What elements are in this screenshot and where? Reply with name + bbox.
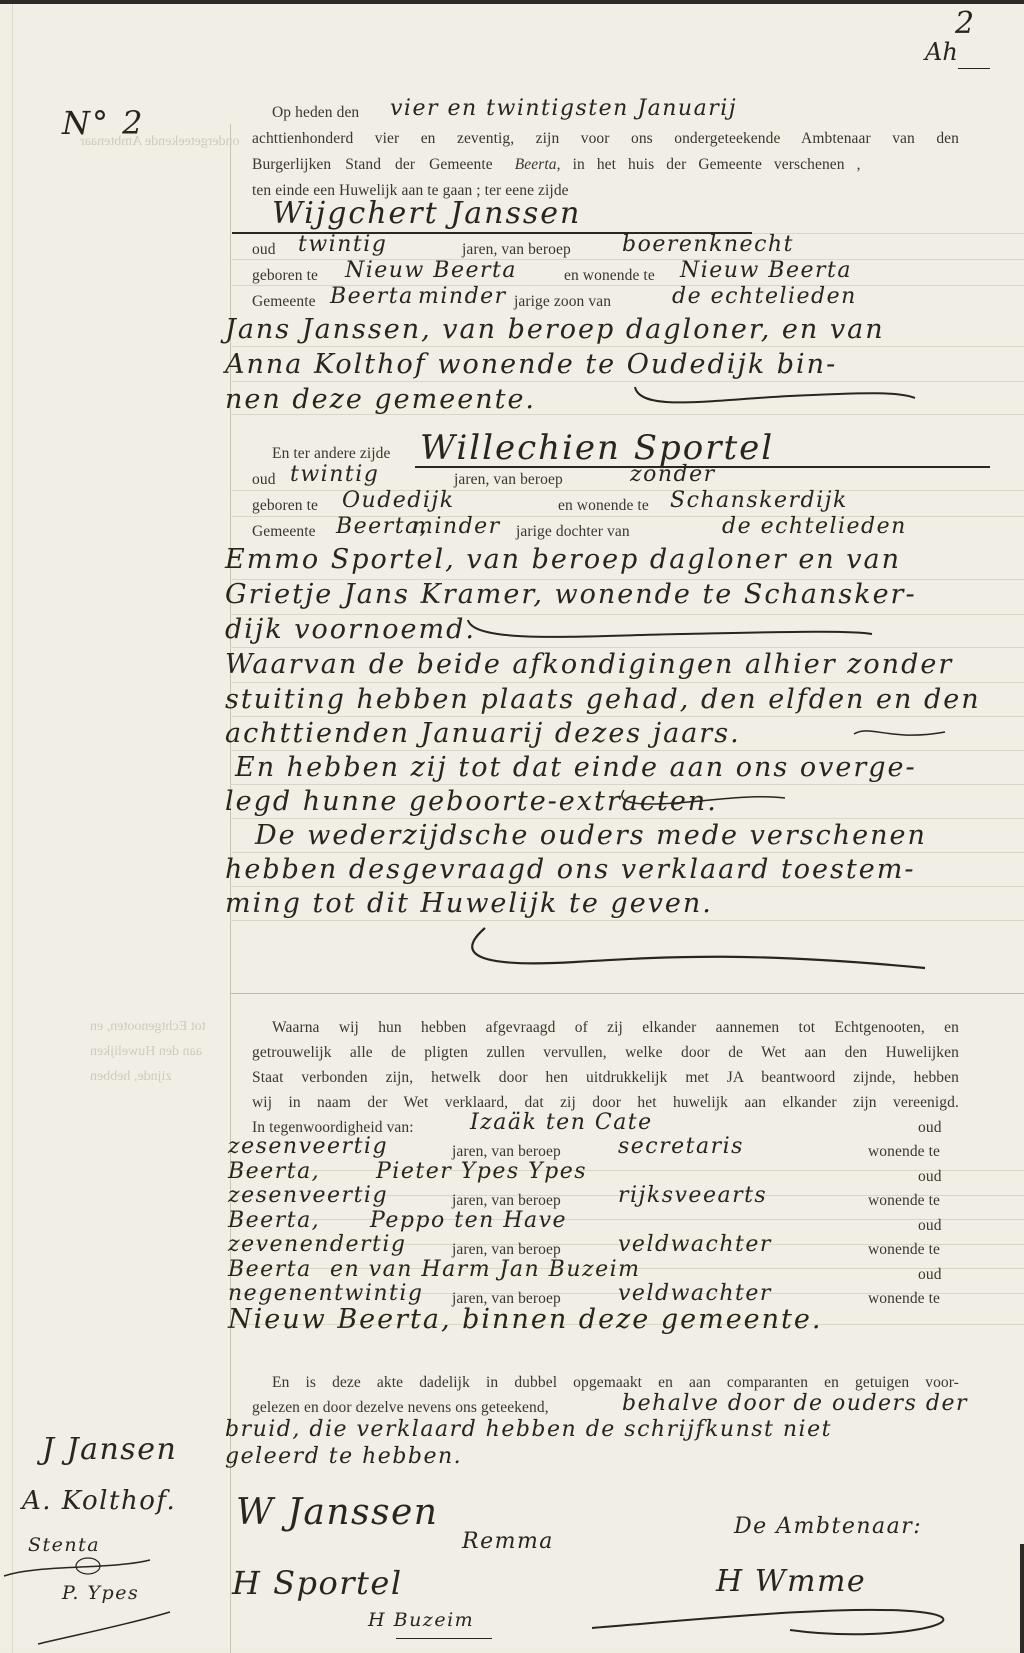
page-edge-dark bbox=[1020, 1544, 1024, 1649]
declaration-line: getrouwelijk alle de pligten zullen verv… bbox=[252, 1044, 959, 1062]
bleed-through-text: tot Echtgenooten, en bbox=[90, 1019, 205, 1035]
signature: H Sportel bbox=[232, 1564, 403, 1602]
label-age: oud bbox=[918, 1119, 942, 1137]
witness-occupation: secretaris bbox=[618, 1134, 744, 1159]
witness-name: Peppo ten Have bbox=[370, 1208, 567, 1233]
groom-name: Wijgchert Janssen bbox=[272, 196, 581, 231]
remark-line: ming tot dit Huwelijk te geven. bbox=[225, 888, 713, 919]
declaration-line: Staat verbonden zijn, hetwelk door hen u… bbox=[252, 1069, 959, 1087]
intro-text: , in het huis der Gemeente verschenen , bbox=[557, 156, 861, 174]
intro-print: Op heden den bbox=[272, 104, 359, 122]
groom-minor: minder bbox=[418, 284, 507, 309]
groom-occupation: boerenknecht bbox=[622, 232, 794, 257]
bride-parents-line: Grietje Jans Kramer, wonende te Schanske… bbox=[225, 579, 917, 610]
bleed-through-text: aan den Huwelijken bbox=[90, 1044, 202, 1060]
closing-line: gelezen en door dezelve nevens ons getee… bbox=[252, 1399, 549, 1417]
ruled-line bbox=[230, 750, 1024, 751]
signature: Stenta bbox=[28, 1534, 100, 1556]
bride-parents-intro: de echtelieden bbox=[722, 514, 907, 539]
line-flourish bbox=[460, 616, 880, 646]
label-age: oud bbox=[252, 241, 276, 259]
closing-hand: geleerd te hebben. bbox=[225, 1444, 462, 1469]
ruled-line bbox=[230, 682, 1024, 683]
closing-hand: bruid, die verklaard hebben de schrijfku… bbox=[225, 1417, 832, 1442]
bride-minor: minder bbox=[412, 514, 501, 539]
line-flourish bbox=[610, 784, 790, 814]
ruled-line bbox=[230, 886, 1024, 887]
municipality-name: Beerta bbox=[515, 156, 557, 174]
label-residence: en wonende te bbox=[564, 267, 655, 285]
label-age: oud bbox=[918, 1168, 942, 1186]
signature-flourish bbox=[590, 1594, 950, 1644]
label-daughter-of: jarige dochter van bbox=[516, 523, 630, 541]
line-flourish bbox=[630, 382, 920, 412]
section-divider bbox=[230, 993, 1024, 994]
remark-line: hebben desgevraagd ons verklaard toestem… bbox=[225, 854, 915, 885]
bride-parents-line: Emmo Sportel, van beroep dagloner en van bbox=[225, 544, 901, 575]
label-residence: wonende te bbox=[868, 1241, 940, 1259]
witness-name: en van Harm Jan Buzeim bbox=[330, 1257, 641, 1282]
witness-residence: Beerta, bbox=[228, 1208, 320, 1233]
signature: P. Ypes bbox=[62, 1582, 139, 1604]
label-occupation: jaren, van beroep bbox=[462, 241, 571, 259]
label-age: oud bbox=[918, 1266, 942, 1284]
declaration-line: Waarna wij hun hebben afgevraagd of zij … bbox=[272, 1019, 959, 1037]
ruled-line bbox=[230, 1219, 1024, 1220]
groom-residence: Nieuw Beerta bbox=[680, 258, 852, 283]
witness-age: negenentwintig bbox=[228, 1281, 424, 1306]
witness-name: Izaäk ten Cate bbox=[470, 1110, 653, 1135]
witness-residence: Nieuw Beerta, binnen deze gemeente. bbox=[228, 1304, 822, 1335]
label-residence: wonende te bbox=[868, 1143, 940, 1161]
signature: Remma bbox=[462, 1529, 554, 1554]
folio-number: 2 bbox=[955, 6, 974, 41]
groom-municipality: Beerta bbox=[330, 284, 414, 309]
ruled-line bbox=[230, 1170, 1024, 1171]
groom-parents-intro: de echtelieden bbox=[672, 284, 857, 309]
remark-line: Waarvan de beide afkondigingen alhier zo… bbox=[225, 649, 953, 680]
groom-birthplace: Nieuw Beerta bbox=[345, 258, 517, 283]
label-residence: wonende te bbox=[868, 1290, 940, 1308]
groom-parents-line: nen deze gemeente. bbox=[225, 384, 536, 415]
ruled-line bbox=[230, 716, 1024, 717]
bleed-through-text: zijnde, hebben bbox=[90, 1069, 172, 1085]
page-edge bbox=[12, 4, 13, 1649]
folio-underline bbox=[958, 68, 990, 69]
signature-flourish bbox=[30, 1604, 180, 1649]
closing-line: En is deze akte dadelijk in dubbel opgem… bbox=[272, 1374, 959, 1392]
entry-number: N° 2 bbox=[62, 104, 145, 142]
ruled-line bbox=[230, 818, 1024, 819]
witness-residence: Beerta, bbox=[228, 1159, 320, 1184]
bride-parents-line: dijk voornoemd. bbox=[225, 614, 476, 645]
civil-record-page: ondergeteekende Ambtenaar tot Echtgenoot… bbox=[0, 0, 1024, 1649]
intro-line-3: Burgerlijken Stand der Gemeente Beerta ,… bbox=[252, 156, 959, 174]
official-title: De Ambtenaar: bbox=[734, 1514, 922, 1539]
bride-residence: Schanskerdijk bbox=[670, 488, 848, 513]
closing-hand: behalve door de ouders der bbox=[622, 1391, 968, 1416]
label-birthplace: geboren te bbox=[252, 267, 318, 285]
bride-name: Willechien Sportel bbox=[420, 428, 774, 468]
signature: A. Kolthof. bbox=[22, 1486, 176, 1516]
groom-age: twintig bbox=[298, 232, 387, 257]
folio-annotation: Ah bbox=[925, 38, 958, 66]
label-age: oud bbox=[918, 1217, 942, 1235]
bride-age: twintig bbox=[290, 462, 379, 487]
label-age: oud bbox=[252, 471, 276, 489]
closing-flourish bbox=[455, 924, 935, 979]
witness-occupation: veldwachter bbox=[618, 1232, 772, 1257]
label-residence: en wonende te bbox=[558, 497, 649, 515]
remark-line: stuiting hebben plaats gehad, den elfden… bbox=[225, 684, 981, 715]
ruled-line bbox=[230, 852, 1024, 853]
witness-residence: Beerta bbox=[228, 1257, 312, 1282]
ruled-line bbox=[230, 647, 1024, 648]
witness-age: zevenendertig bbox=[228, 1232, 407, 1257]
label-occupation: jaren, van beroep bbox=[454, 471, 563, 489]
intro-line-2: achttienhonderd vier en zeventig, zijn v… bbox=[252, 130, 959, 148]
witness-occupation: veldwachter bbox=[618, 1281, 772, 1306]
witness-name: Pieter Ypes Ypes bbox=[376, 1159, 587, 1184]
ruled-line bbox=[230, 346, 1024, 347]
bride-occupation: zonder bbox=[630, 462, 716, 487]
label-birthplace: geboren te bbox=[252, 497, 318, 515]
signature: J Jansen bbox=[42, 1432, 177, 1467]
signature: H Buzeim bbox=[368, 1609, 474, 1631]
label-municipality: Gemeente bbox=[252, 293, 316, 311]
groom-parents-line: Jans Janssen, van beroep dagloner, en va… bbox=[225, 314, 885, 345]
groom-parents-line: Anna Kolthof wonende te Oudedijk bin- bbox=[225, 349, 837, 380]
ruled-line bbox=[230, 920, 1024, 921]
remark-line: En hebben zij tot dat einde aan ons over… bbox=[235, 752, 917, 783]
signature: W Janssen bbox=[236, 1492, 438, 1533]
witness-age: zesenveertig bbox=[228, 1183, 388, 1208]
witness-age: zesenveertig bbox=[228, 1134, 388, 1159]
signature-underline bbox=[396, 1638, 492, 1639]
witness-occupation: rijksveearts bbox=[618, 1183, 767, 1208]
remark-line: achttienden Januarij dezes jaars. bbox=[225, 718, 741, 749]
label-other-side: En ter andere zijde bbox=[272, 445, 391, 463]
date-hand: vier en twintigsten Januarij bbox=[390, 96, 737, 121]
line-flourish bbox=[850, 724, 950, 744]
intro-text: Burgerlijken Stand der Gemeente bbox=[252, 156, 493, 174]
bride-birthplace: Oudedijk bbox=[342, 488, 455, 513]
remark-line: De wederzijdsche ouders mede verschenen bbox=[255, 820, 927, 851]
label-son-of: jarige zoon van bbox=[514, 293, 611, 311]
label-residence: wonende te bbox=[868, 1192, 940, 1210]
label-municipality: Gemeente bbox=[252, 523, 316, 541]
